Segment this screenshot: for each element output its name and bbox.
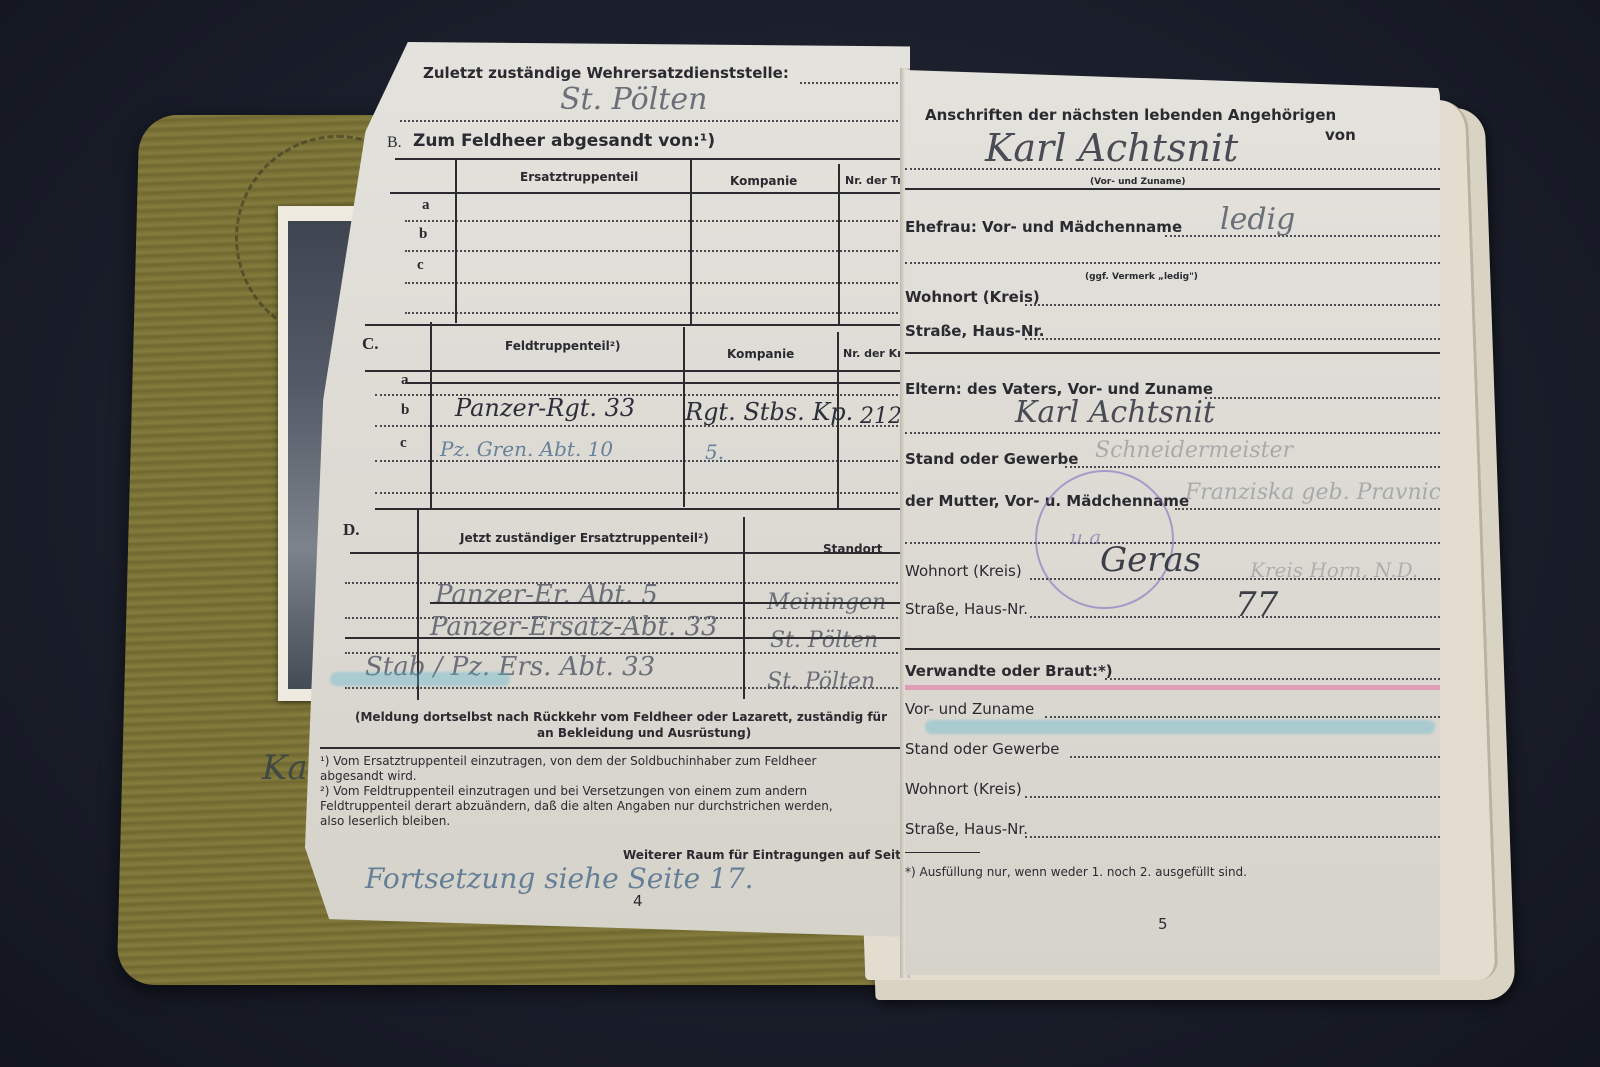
footnote-2b: Feldtruppenteil derart abzuändern, daß d…	[320, 799, 833, 813]
right-page: Anschriften der nächsten lebenden Angehö…	[905, 70, 1440, 975]
relatives-label: Verwandte oder Braut:*)	[905, 662, 1113, 680]
row-c-c: c	[400, 435, 407, 452]
wife-residence-label: Wohnort (Kreis)	[905, 288, 1040, 306]
person-name: Karl Achtsnit	[985, 126, 1238, 170]
col-feldtruppenteil: Feldtruppenteil²)	[505, 339, 620, 353]
left-page: Zuletzt zuständige Wehrersatzdienststell…	[305, 42, 910, 937]
parents-street-label: Straße, Haus-Nr.	[905, 600, 1028, 618]
father-occupation-value: Schneidermeister	[1095, 438, 1293, 463]
section-a-label: Zuletzt zuständige Wehrersatzdienststell…	[423, 64, 789, 82]
col-kompanie-c: Kompanie	[727, 347, 794, 361]
continuation-handwriting: Fortsetzung siehe Seite 17.	[365, 862, 754, 895]
row-c: c	[417, 257, 424, 274]
d-note-line2: an Bekleidung und Ausrüstung)	[537, 726, 751, 740]
father-occupation-label: Stand oder Gewerbe	[905, 450, 1078, 468]
of-label: von	[1325, 126, 1356, 144]
d-row2-location: St. Pölten	[770, 628, 878, 653]
d-row1-unit: Panzer-Er. Abt. 5	[435, 580, 658, 610]
col-kompanie-b: Kompanie	[730, 174, 797, 188]
father-value: Karl Achtsnit	[1015, 395, 1215, 430]
footnote-2c: also leserlich bleiben.	[320, 814, 450, 828]
wife-caption: (ggf. Vermerk „ledig")	[1085, 272, 1198, 282]
next-of-kin-title: Anschriften der nächsten lebenden Angehö…	[925, 106, 1336, 124]
parents-residence-extra: Kreis Horn, N.D.	[1250, 558, 1418, 582]
wife-street-label: Straße, Haus-Nr.	[905, 322, 1044, 340]
page-number-5: 5	[1158, 915, 1168, 933]
relatives-occupation-label: Stand oder Gewerbe	[905, 740, 1060, 758]
footnote-1a: ¹) Vom Ersatztruppenteil einzutragen, vo…	[320, 754, 816, 768]
cover-handwriting: Ka	[262, 748, 308, 788]
c-b-company: Rgt. Stbs. Kp.	[685, 398, 853, 426]
footnote-1b: abgesandt wird.	[320, 769, 417, 783]
relatives-residence-label: Wohnort (Kreis)	[905, 780, 1022, 798]
relatives-street-label: Straße, Haus-Nr.	[905, 820, 1028, 838]
row-a: a	[422, 197, 430, 214]
section-a-value: St. Pölten	[560, 82, 707, 117]
d-note-line1: (Meldung dortselbst nach Rückkehr vom Fe…	[355, 710, 887, 724]
mother-value: Franziska geb. Pravnice	[1185, 480, 1454, 505]
row-b: b	[419, 226, 427, 243]
relatives-name-label: Vor- und Zuname	[905, 700, 1034, 718]
d-row3-location: St. Pölten	[767, 669, 875, 694]
wife-label: Ehefrau: Vor- und Mädchenname	[905, 218, 1182, 236]
section-b-marker: B.	[387, 134, 402, 152]
relatives-footnote: *) Ausfüllung nur, wenn weder 1. noch 2.…	[905, 865, 1247, 879]
section-d-marker: D.	[343, 520, 360, 540]
parents-residence-value: Geras	[1100, 540, 1201, 580]
c-b-unit: Panzer-Rgt. 33	[455, 394, 635, 422]
col-ersatztruppenteil: Ersatztruppenteil	[520, 170, 638, 184]
parents-street-value: 77	[1235, 585, 1278, 625]
wife-value: ledig	[1220, 202, 1295, 237]
parents-residence-label: Wohnort (Kreis)	[905, 562, 1022, 580]
footnote-2a: ²) Vom Feldtruppenteil einzutragen und b…	[320, 784, 807, 798]
section-b-title: Zum Feldheer abgesandt von:¹)	[413, 131, 715, 151]
page-number-4: 4	[633, 892, 643, 910]
person-name-caption: (Vor- und Zuname)	[1090, 177, 1185, 187]
c-c-unit: Pz. Gren. Abt. 10	[440, 437, 613, 461]
row-c-b: b	[401, 402, 409, 419]
section-c-marker: C.	[362, 334, 379, 354]
row-c-a: a	[401, 372, 409, 389]
col-jetzt-ersatztruppenteil: Jetzt zuständiger Ersatztruppenteil²)	[460, 531, 709, 545]
further-space-note: Weiterer Raum für Eintragungen auf Seite	[623, 848, 909, 862]
